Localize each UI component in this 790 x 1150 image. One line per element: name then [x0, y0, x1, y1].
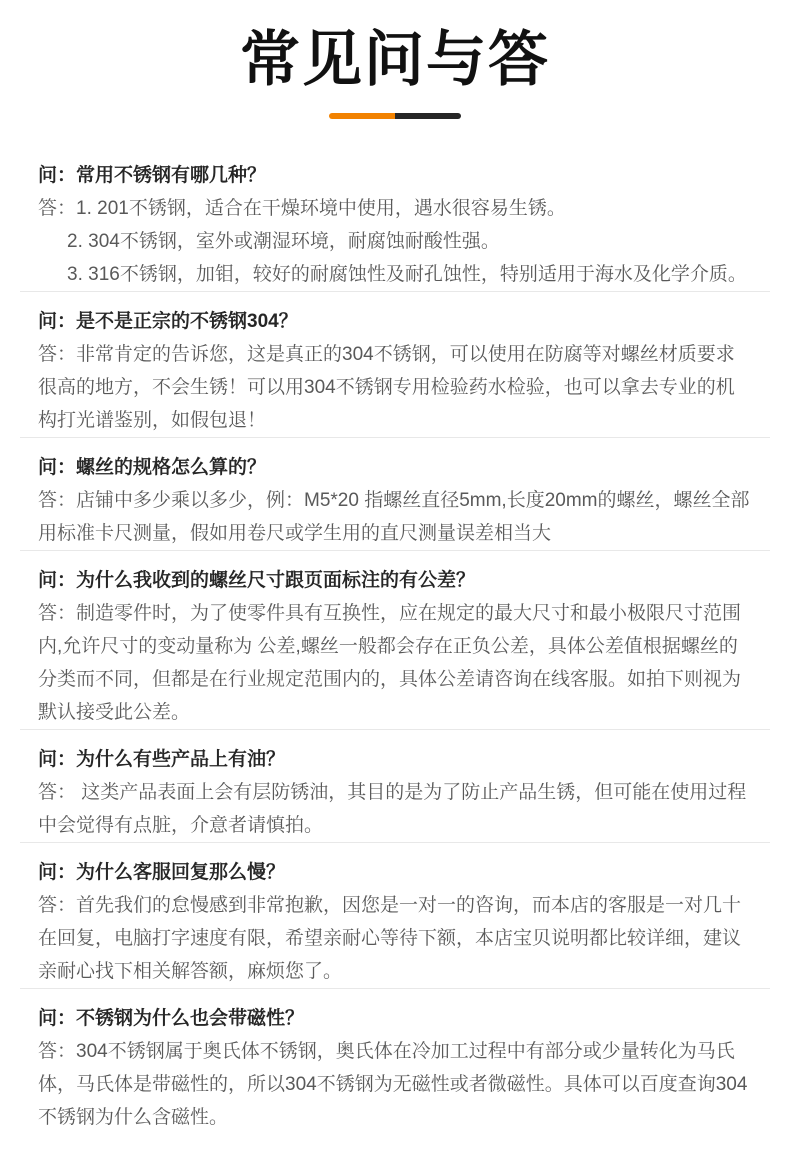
- question-text: 问：常用不锈钢有哪几种？: [38, 159, 752, 192]
- qa-section-4: 问：为什么我收到的螺丝尺寸跟页面标注的有公差？ 答：制造零件时，为了使零件具有互…: [20, 550, 770, 729]
- answer-text: 答：304不锈钢属于奥氏体不锈钢，奥氏体在冷加工过程中有部分或少量转化为马氏体，…: [38, 1035, 752, 1134]
- answer-text: 答：1. 201不锈钢，适合在干燥环境中使用，遇水很容易生锈。 2. 304不锈…: [38, 192, 752, 291]
- qa-section-5: 问：为什么有些产品上有油？ 答： 这类产品表面上会有层防锈油，其目的是为了防止产…: [20, 729, 770, 842]
- qa-section-1: 问：常用不锈钢有哪几种？ 答：1. 201不锈钢，适合在干燥环境中使用，遇水很容…: [20, 119, 770, 291]
- question-text: 问：螺丝的规格怎么算的？: [38, 451, 752, 484]
- answer-text: 答：店铺中多少乘以多少，例：M5*20 指螺丝直径5mm,长度20mm的螺丝，螺…: [38, 484, 752, 550]
- answer-text: 答：非常肯定的告诉您，这是真正的304不锈钢，可以使用在防腐等对螺丝材质要求很高…: [38, 338, 752, 437]
- question-text: 问：为什么我收到的螺丝尺寸跟页面标注的有公差？: [38, 564, 752, 597]
- divider-bar-orange: [329, 113, 395, 119]
- question-text: 问：为什么有些产品上有油？: [38, 743, 752, 776]
- answer-text: 答：制造零件时，为了使零件具有互换性，应在规定的最大尺寸和最小极限尺寸范围内,允…: [38, 597, 752, 729]
- question-text: 问：不锈钢为什么也会带磁性？: [38, 1002, 752, 1035]
- page-title: 常见问与答: [0, 26, 790, 93]
- answer-text: 答： 这类产品表面上会有层防锈油，其目的是为了防止产品生锈，但可能在使用过程中会…: [38, 776, 752, 842]
- answer-text: 答：首先我们的怠慢感到非常抱歉，因您是一对一的咨询，而本店的客服是一对几十在回复…: [38, 889, 752, 988]
- question-text: 问：是不是正宗的不锈钢304？: [38, 305, 752, 338]
- qa-section-3: 问：螺丝的规格怎么算的？ 答：店铺中多少乘以多少，例：M5*20 指螺丝直径5m…: [20, 437, 770, 550]
- qa-section-2: 问：是不是正宗的不锈钢304？ 答：非常肯定的告诉您，这是真正的304不锈钢，可…: [20, 291, 770, 437]
- faq-list: 问：常用不锈钢有哪几种？ 答：1. 201不锈钢，适合在干燥环境中使用，遇水很容…: [0, 119, 790, 1150]
- answer-line: 2. 304不锈钢，室外或潮湿环境，耐腐蚀耐酸性强。: [38, 225, 752, 258]
- answer-line: 答：1. 201不锈钢，适合在干燥环境中使用，遇水很容易生锈。: [38, 192, 752, 225]
- faq-page: 常见问与答 问：常用不锈钢有哪几种？ 答：1. 201不锈钢，适合在干燥环境中使…: [0, 0, 790, 1150]
- answer-line: 3. 316不锈钢，加钼，较好的耐腐蚀性及耐孔蚀性，特别适用于海水及化学介质。: [38, 258, 752, 291]
- divider-bar-dark: [395, 113, 461, 119]
- question-text: 问：为什么客服回复那么慢？: [38, 856, 752, 889]
- qa-section-6: 问：为什么客服回复那么慢？ 答：首先我们的怠慢感到非常抱歉，因您是一对一的咨询，…: [20, 842, 770, 988]
- qa-section-7: 问：不锈钢为什么也会带磁性？ 答：304不锈钢属于奥氏体不锈钢，奥氏体在冷加工过…: [20, 988, 770, 1150]
- title-divider: [329, 113, 461, 119]
- page-header: 常见问与答: [0, 0, 790, 119]
